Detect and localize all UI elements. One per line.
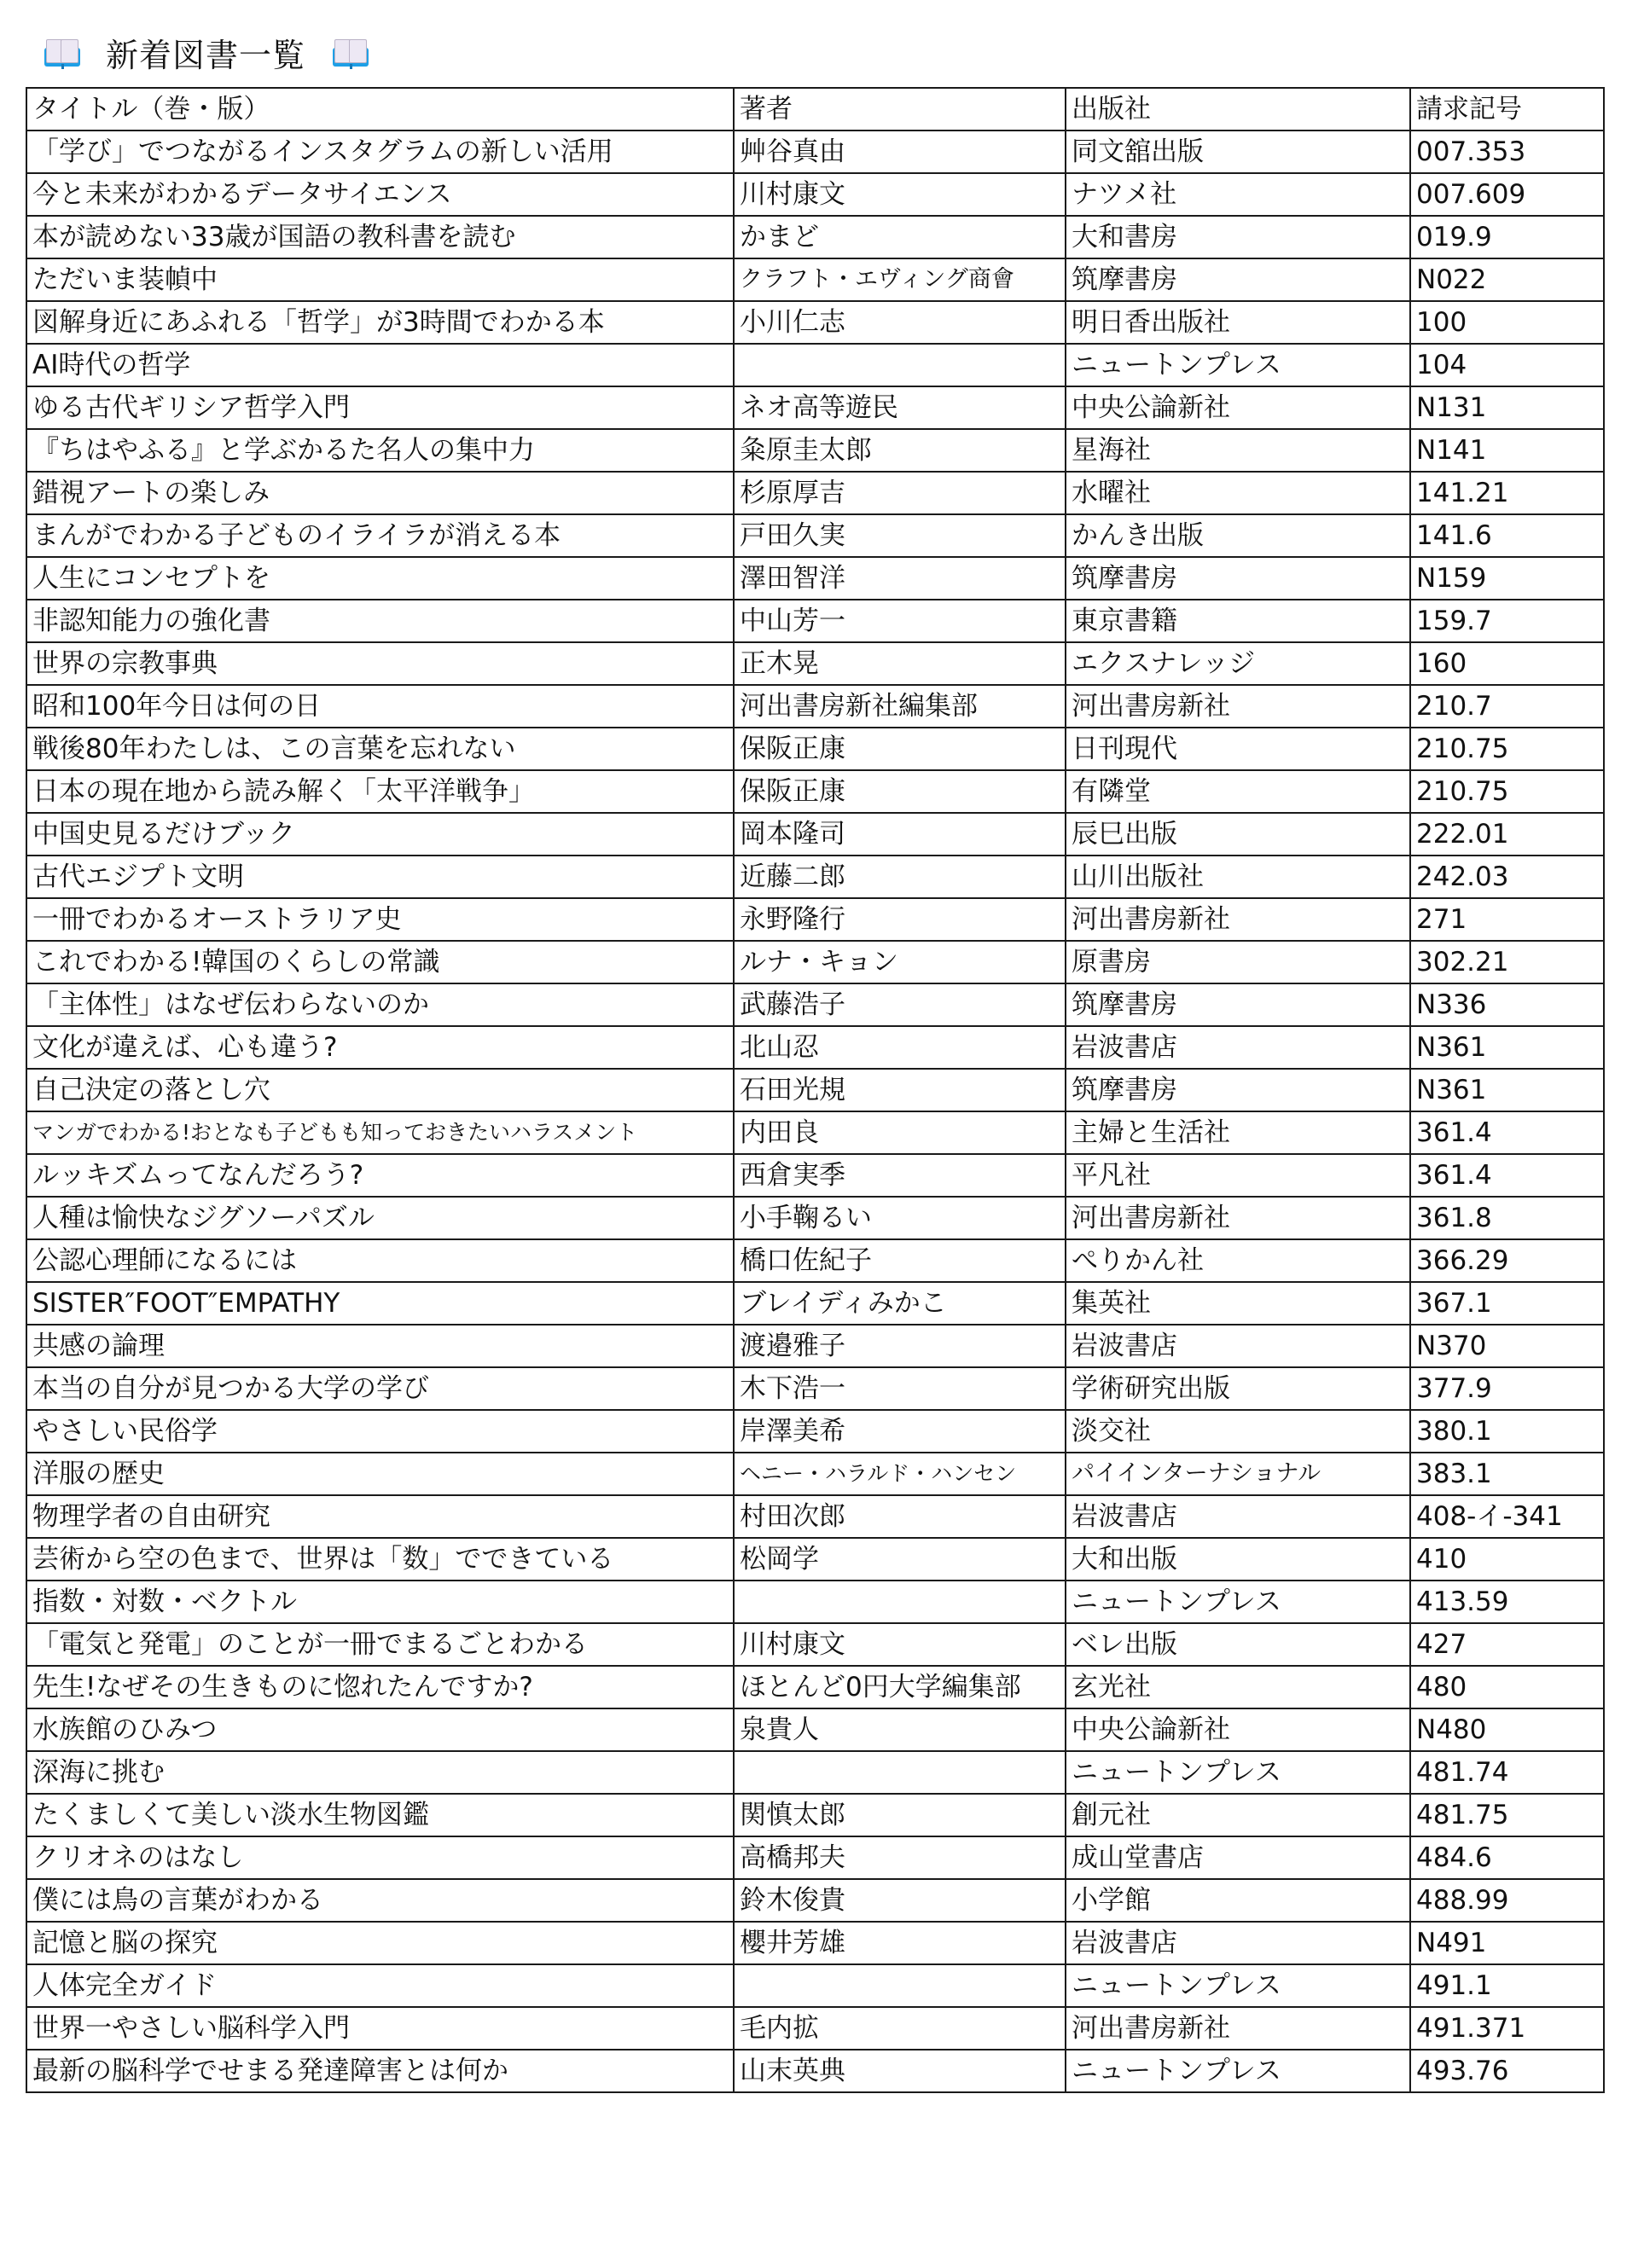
cell-title: 中国史見るだけブック xyxy=(26,813,734,856)
cell-publisher: 星海社 xyxy=(1066,429,1410,472)
table-row: 世界一やさしい脳科学入門毛内拡河出書房新社491.371 xyxy=(26,2007,1604,2050)
cell-title: 『ちはやふる』と学ぶかるた名人の集中力 xyxy=(26,429,734,472)
cell-title: 今と未来がわかるデータサイエンス xyxy=(26,173,734,216)
cell-call-number: 361.4 xyxy=(1410,1111,1604,1154)
cell-author: 山末英典 xyxy=(734,2050,1066,2092)
cell-publisher: 大和書房 xyxy=(1066,216,1410,258)
cell-call-number: N361 xyxy=(1410,1069,1604,1111)
cell-title: マンガでわかる!おとなも子どもも知っておきたいハラスメント xyxy=(26,1111,734,1154)
table-row: 中国史見るだけブック岡本隆司辰巳出版222.01 xyxy=(26,813,1604,856)
cell-publisher: 筑摩書房 xyxy=(1066,983,1410,1026)
table-row: たくましくて美しい淡水生物図鑑関慎太郎創元社481.75 xyxy=(26,1794,1604,1836)
cell-publisher: 筑摩書房 xyxy=(1066,557,1410,600)
cell-title: 指数・対数・ベクトル xyxy=(26,1581,734,1623)
cell-author: 小川仁志 xyxy=(734,301,1066,344)
cell-title: ゆる古代ギリシア哲学入門 xyxy=(26,386,734,429)
cell-author xyxy=(734,1581,1066,1623)
table-row: 古代エジプト文明近藤二郎山川出版社242.03 xyxy=(26,856,1604,898)
table-row: 水族館のひみつ泉貴人中央公論新社N480 xyxy=(26,1708,1604,1751)
cell-call-number: N131 xyxy=(1410,386,1604,429)
new-books-table: タイトル（巻・版） 著者 出版社 請求記号 「学び」でつながるインスタグラムの新… xyxy=(26,87,1605,2093)
table-row: 人生にコンセプトを澤田智洋筑摩書房N159 xyxy=(26,557,1604,600)
cell-author: 石田光規 xyxy=(734,1069,1066,1111)
cell-publisher: 有隣堂 xyxy=(1066,770,1410,813)
column-header-title: タイトル（巻・版） xyxy=(26,88,734,131)
table-row: 昭和100年今日は何の日河出書房新社編集部河出書房新社210.7 xyxy=(26,685,1604,728)
cell-call-number: 019.9 xyxy=(1410,216,1604,258)
cell-call-number: N336 xyxy=(1410,983,1604,1026)
cell-title: 戦後80年わたしは、この言葉を忘れない xyxy=(26,728,734,770)
cell-publisher: ニュートンプレス xyxy=(1066,1581,1410,1623)
cell-author: 橋口佐紀子 xyxy=(734,1239,1066,1282)
table-row: 最新の脳科学でせまる発達障害とは何か山末英典ニュートンプレス493.76 xyxy=(26,2050,1604,2092)
cell-author: 中山芳一 xyxy=(734,600,1066,642)
cell-author: 岡本隆司 xyxy=(734,813,1066,856)
table-body: 「学び」でつながるインスタグラムの新しい活用艸谷真由同文舘出版007.353今と… xyxy=(26,131,1604,2092)
cell-call-number: 380.1 xyxy=(1410,1410,1604,1453)
cell-publisher: 主婦と生活社 xyxy=(1066,1111,1410,1154)
cell-author: 川村康文 xyxy=(734,1623,1066,1666)
cell-author xyxy=(734,344,1066,386)
cell-title: SISTER″FOOT″EMPATHY xyxy=(26,1282,734,1325)
cell-publisher: 成山堂書店 xyxy=(1066,1836,1410,1879)
table-row: 日本の現在地から読み解く「太平洋戦争」保阪正康有隣堂210.75 xyxy=(26,770,1604,813)
cell-title: 共感の論理 xyxy=(26,1325,734,1367)
cell-publisher: 中央公論新社 xyxy=(1066,1708,1410,1751)
cell-call-number: 484.6 xyxy=(1410,1836,1604,1879)
cell-publisher: 明日香出版社 xyxy=(1066,301,1410,344)
table-row: 先生!なぜその生きものに惚れたんですか?ほとんど0円大学編集部玄光社480 xyxy=(26,1666,1604,1708)
cell-title: 非認知能力の強化書 xyxy=(26,600,734,642)
cell-call-number: 222.01 xyxy=(1410,813,1604,856)
cell-author: 保阪正康 xyxy=(734,728,1066,770)
cell-publisher: 中央公論新社 xyxy=(1066,386,1410,429)
cell-call-number: 242.03 xyxy=(1410,856,1604,898)
cell-publisher: かんき出版 xyxy=(1066,514,1410,557)
cell-author: かまど xyxy=(734,216,1066,258)
cell-call-number: 488.99 xyxy=(1410,1879,1604,1922)
cell-author: 泉貴人 xyxy=(734,1708,1066,1751)
table-row: 公認心理師になるには橋口佐紀子ぺりかん社366.29 xyxy=(26,1239,1604,1282)
cell-call-number: N480 xyxy=(1410,1708,1604,1751)
cell-author: 内田良 xyxy=(734,1111,1066,1154)
cell-title: 昭和100年今日は何の日 xyxy=(26,685,734,728)
cell-publisher: エクスナレッジ xyxy=(1066,642,1410,685)
cell-title: 世界一やさしい脳科学入門 xyxy=(26,2007,734,2050)
cell-call-number: 210.7 xyxy=(1410,685,1604,728)
cell-call-number: 410 xyxy=(1410,1538,1604,1581)
cell-author: クラフト・エヴィング商會 xyxy=(734,258,1066,301)
table-row: やさしい民俗学岸澤美希淡交社380.1 xyxy=(26,1410,1604,1453)
cell-publisher: 岩波書店 xyxy=(1066,1922,1410,1964)
cell-publisher: 筑摩書房 xyxy=(1066,1069,1410,1111)
cell-author: ほとんど0円大学編集部 xyxy=(734,1666,1066,1708)
cell-title: 本が読めない33歳が国語の教科書を読む xyxy=(26,216,734,258)
cell-call-number: 480 xyxy=(1410,1666,1604,1708)
cell-publisher: ニュートンプレス xyxy=(1066,344,1410,386)
cell-publisher: 小学館 xyxy=(1066,1879,1410,1922)
cell-call-number: 366.29 xyxy=(1410,1239,1604,1282)
cell-author: 毛内拡 xyxy=(734,2007,1066,2050)
cell-title: 人生にコンセプトを xyxy=(26,557,734,600)
table-row: 今と未来がわかるデータサイエンス川村康文ナツメ社007.609 xyxy=(26,173,1604,216)
cell-author xyxy=(734,1751,1066,1794)
cell-title: 錯視アートの楽しみ xyxy=(26,472,734,514)
column-header-call-number: 請求記号 xyxy=(1410,88,1604,131)
open-book-icon xyxy=(44,38,80,67)
cell-publisher: 岩波書店 xyxy=(1066,1325,1410,1367)
cell-author: ヘニー・ハラルド・ハンセン xyxy=(734,1453,1066,1495)
cell-call-number: 383.1 xyxy=(1410,1453,1604,1495)
cell-publisher: 日刊現代 xyxy=(1066,728,1410,770)
table-row: 「主体性」はなぜ伝わらないのか武藤浩子筑摩書房N336 xyxy=(26,983,1604,1026)
cell-publisher: 岩波書店 xyxy=(1066,1026,1410,1069)
table-row: ゆる古代ギリシア哲学入門ネオ高等遊民中央公論新社N131 xyxy=(26,386,1604,429)
cell-author: 近藤二郎 xyxy=(734,856,1066,898)
cell-title: ただいま装幀中 xyxy=(26,258,734,301)
cell-call-number: 367.1 xyxy=(1410,1282,1604,1325)
cell-author: 西倉実季 xyxy=(734,1154,1066,1197)
cell-title: やさしい民俗学 xyxy=(26,1410,734,1453)
table-row: 『ちはやふる』と学ぶかるた名人の集中力粂原圭太郎星海社N141 xyxy=(26,429,1604,472)
cell-author: 村田次郎 xyxy=(734,1495,1066,1538)
table-row: クリオネのはなし高橋邦夫成山堂書店484.6 xyxy=(26,1836,1604,1879)
cell-publisher: 大和出版 xyxy=(1066,1538,1410,1581)
table-row: 自己決定の落とし穴石田光規筑摩書房N361 xyxy=(26,1069,1604,1111)
cell-author: 艸谷真由 xyxy=(734,131,1066,173)
cell-author: 川村康文 xyxy=(734,173,1066,216)
cell-author: ルナ・キョン xyxy=(734,941,1066,983)
cell-call-number: 302.21 xyxy=(1410,941,1604,983)
cell-title: 一冊でわかるオーストラリア史 xyxy=(26,898,734,941)
cell-author: 岸澤美希 xyxy=(734,1410,1066,1453)
table-header-row: タイトル（巻・版） 著者 出版社 請求記号 xyxy=(26,88,1604,131)
table-row: ただいま装幀中クラフト・エヴィング商會筑摩書房N022 xyxy=(26,258,1604,301)
table-row: 洋服の歴史ヘニー・ハラルド・ハンセンパイインターナショナル383.1 xyxy=(26,1453,1604,1495)
table-row: ルッキズムってなんだろう?西倉実季平凡社361.4 xyxy=(26,1154,1604,1197)
cell-title: 先生!なぜその生きものに惚れたんですか? xyxy=(26,1666,734,1708)
cell-call-number: 141.21 xyxy=(1410,472,1604,514)
cell-title: 人種は愉快なジグソーパズル xyxy=(26,1197,734,1239)
cell-title: 記憶と脳の探究 xyxy=(26,1922,734,1964)
cell-publisher: 筑摩書房 xyxy=(1066,258,1410,301)
cell-author: 松岡学 xyxy=(734,1538,1066,1581)
cell-call-number: 408-イ-341 xyxy=(1410,1495,1604,1538)
cell-publisher: ニュートンプレス xyxy=(1066,1751,1410,1794)
table-row: 「学び」でつながるインスタグラムの新しい活用艸谷真由同文舘出版007.353 xyxy=(26,131,1604,173)
cell-title: 世界の宗教事典 xyxy=(26,642,734,685)
cell-publisher: 河出書房新社 xyxy=(1066,2007,1410,2050)
cell-title: クリオネのはなし xyxy=(26,1836,734,1879)
cell-publisher: 原書房 xyxy=(1066,941,1410,983)
cell-title: 文化が違えば、心も違う? xyxy=(26,1026,734,1069)
cell-author: 戸田久実 xyxy=(734,514,1066,557)
cell-call-number: 100 xyxy=(1410,301,1604,344)
cell-title: 図解身近にあふれる「哲学」が3時間でわかる本 xyxy=(26,301,734,344)
cell-publisher: 河出書房新社 xyxy=(1066,898,1410,941)
cell-publisher: 山川出版社 xyxy=(1066,856,1410,898)
cell-title: 深海に挑む xyxy=(26,1751,734,1794)
cell-author: 正木晃 xyxy=(734,642,1066,685)
cell-call-number: N491 xyxy=(1410,1922,1604,1964)
cell-author: 保阪正康 xyxy=(734,770,1066,813)
cell-title: 公認心理師になるには xyxy=(26,1239,734,1282)
cell-author: 北山忍 xyxy=(734,1026,1066,1069)
cell-author: 関慎太郎 xyxy=(734,1794,1066,1836)
cell-call-number: 160 xyxy=(1410,642,1604,685)
page-title: 新着図書一覧 xyxy=(106,29,305,76)
cell-call-number: N022 xyxy=(1410,258,1604,301)
table-row: まんがでわかる子どものイライラが消える本戸田久実かんき出版141.6 xyxy=(26,514,1604,557)
cell-publisher: 岩波書店 xyxy=(1066,1495,1410,1538)
cell-publisher: 創元社 xyxy=(1066,1794,1410,1836)
table-row: AI時代の哲学ニュートンプレス104 xyxy=(26,344,1604,386)
table-row: 共感の論理渡邉雅子岩波書店N370 xyxy=(26,1325,1604,1367)
table-row: 僕には鳥の言葉がわかる鈴木俊貴小学館488.99 xyxy=(26,1879,1604,1922)
cell-call-number: 361.4 xyxy=(1410,1154,1604,1197)
cell-title: 芸術から空の色まで、世界は「数」でできている xyxy=(26,1538,734,1581)
table-row: 指数・対数・ベクトルニュートンプレス413.59 xyxy=(26,1581,1604,1623)
cell-title: ルッキズムってなんだろう? xyxy=(26,1154,734,1197)
cell-publisher: パイインターナショナル xyxy=(1066,1453,1410,1495)
cell-call-number: 427 xyxy=(1410,1623,1604,1666)
cell-publisher: 平凡社 xyxy=(1066,1154,1410,1197)
column-header-author: 著者 xyxy=(734,88,1066,131)
cell-author: ブレイディみかこ xyxy=(734,1282,1066,1325)
cell-call-number: 271 xyxy=(1410,898,1604,941)
table-row: 戦後80年わたしは、この言葉を忘れない保阪正康日刊現代210.75 xyxy=(26,728,1604,770)
table-row: 人種は愉快なジグソーパズル小手鞠るい河出書房新社361.8 xyxy=(26,1197,1604,1239)
cell-publisher: 河出書房新社 xyxy=(1066,685,1410,728)
cell-title: 最新の脳科学でせまる発達障害とは何か xyxy=(26,2050,734,2092)
cell-author: 木下浩一 xyxy=(734,1367,1066,1410)
table-row: 人体完全ガイドニュートンプレス491.1 xyxy=(26,1964,1604,2007)
cell-publisher: ニュートンプレス xyxy=(1066,1964,1410,2007)
cell-title: 「学び」でつながるインスタグラムの新しい活用 xyxy=(26,131,734,173)
table-row: 錯視アートの楽しみ杉原厚吉水曜社141.21 xyxy=(26,472,1604,514)
cell-call-number: 493.76 xyxy=(1410,2050,1604,2092)
cell-call-number: 491.1 xyxy=(1410,1964,1604,2007)
cell-call-number: N141 xyxy=(1410,429,1604,472)
cell-call-number: 007.609 xyxy=(1410,173,1604,216)
open-book-icon xyxy=(333,38,369,67)
cell-publisher: ナツメ社 xyxy=(1066,173,1410,216)
cell-author: 高橋邦夫 xyxy=(734,1836,1066,1879)
cell-author: 櫻井芳雄 xyxy=(734,1922,1066,1964)
cell-author: 杉原厚吉 xyxy=(734,472,1066,514)
cell-author: 河出書房新社編集部 xyxy=(734,685,1066,728)
cell-call-number: 210.75 xyxy=(1410,770,1604,813)
cell-author xyxy=(734,1964,1066,2007)
cell-title: 自己決定の落とし穴 xyxy=(26,1069,734,1111)
table-row: SISTER″FOOT″EMPATHYブレイディみかこ集英社367.1 xyxy=(26,1282,1604,1325)
cell-title: 「電気と発電」のことが一冊でまるごとわかる xyxy=(26,1623,734,1666)
table-row: 一冊でわかるオーストラリア史永野隆行河出書房新社271 xyxy=(26,898,1604,941)
cell-call-number: 481.74 xyxy=(1410,1751,1604,1794)
cell-title: 人体完全ガイド xyxy=(26,1964,734,2007)
cell-author: 鈴木俊貴 xyxy=(734,1879,1066,1922)
cell-call-number: 491.371 xyxy=(1410,2007,1604,2050)
cell-publisher: 水曜社 xyxy=(1066,472,1410,514)
cell-call-number: 210.75 xyxy=(1410,728,1604,770)
cell-title: たくましくて美しい淡水生物図鑑 xyxy=(26,1794,734,1836)
cell-call-number: 413.59 xyxy=(1410,1581,1604,1623)
cell-title: 僕には鳥の言葉がわかる xyxy=(26,1879,734,1922)
cell-author: 渡邉雅子 xyxy=(734,1325,1066,1367)
table-row: 非認知能力の強化書中山芳一東京書籍159.7 xyxy=(26,600,1604,642)
cell-call-number: N370 xyxy=(1410,1325,1604,1367)
cell-author: 澤田智洋 xyxy=(734,557,1066,600)
table-row: 本が読めない33歳が国語の教科書を読むかまど大和書房019.9 xyxy=(26,216,1604,258)
cell-call-number: 104 xyxy=(1410,344,1604,386)
cell-title: 物理学者の自由研究 xyxy=(26,1495,734,1538)
cell-publisher: 東京書籍 xyxy=(1066,600,1410,642)
cell-title: 日本の現在地から読み解く「太平洋戦争」 xyxy=(26,770,734,813)
cell-author: ネオ高等遊民 xyxy=(734,386,1066,429)
table-row: 世界の宗教事典正木晃エクスナレッジ160 xyxy=(26,642,1604,685)
cell-call-number: N159 xyxy=(1410,557,1604,600)
cell-author: 小手鞠るい xyxy=(734,1197,1066,1239)
table-row: 深海に挑むニュートンプレス481.74 xyxy=(26,1751,1604,1794)
cell-title: 本当の自分が見つかる大学の学び xyxy=(26,1367,734,1410)
table-row: 図解身近にあふれる「哲学」が3時間でわかる本小川仁志明日香出版社100 xyxy=(26,301,1604,344)
cell-publisher: ベレ出版 xyxy=(1066,1623,1410,1666)
table-row: 「電気と発電」のことが一冊でまるごとわかる川村康文ベレ出版427 xyxy=(26,1623,1604,1666)
cell-title: 「主体性」はなぜ伝わらないのか xyxy=(26,983,734,1026)
cell-call-number: 007.353 xyxy=(1410,131,1604,173)
cell-publisher: 学術研究出版 xyxy=(1066,1367,1410,1410)
table-row: これでわかる!韓国のくらしの常識ルナ・キョン原書房302.21 xyxy=(26,941,1604,983)
cell-publisher: 河出書房新社 xyxy=(1066,1197,1410,1239)
cell-title: 水族館のひみつ xyxy=(26,1708,734,1751)
table-row: 本当の自分が見つかる大学の学び木下浩一学術研究出版377.9 xyxy=(26,1367,1604,1410)
cell-author: 粂原圭太郎 xyxy=(734,429,1066,472)
cell-call-number: 361.8 xyxy=(1410,1197,1604,1239)
table-row: 物理学者の自由研究村田次郎岩波書店408-イ-341 xyxy=(26,1495,1604,1538)
cell-call-number: 159.7 xyxy=(1410,600,1604,642)
cell-publisher: 集英社 xyxy=(1066,1282,1410,1325)
cell-title: 洋服の歴史 xyxy=(26,1453,734,1495)
cell-title: AI時代の哲学 xyxy=(26,344,734,386)
table-row: マンガでわかる!おとなも子どもも知っておきたいハラスメント内田良主婦と生活社36… xyxy=(26,1111,1604,1154)
column-header-publisher: 出版社 xyxy=(1066,88,1410,131)
cell-publisher: ぺりかん社 xyxy=(1066,1239,1410,1282)
cell-publisher: 玄光社 xyxy=(1066,1666,1410,1708)
cell-title: まんがでわかる子どものイライラが消える本 xyxy=(26,514,734,557)
table-row: 記憶と脳の探究櫻井芳雄岩波書店N491 xyxy=(26,1922,1604,1964)
cell-title: これでわかる!韓国のくらしの常識 xyxy=(26,941,734,983)
cell-publisher: 同文舘出版 xyxy=(1066,131,1410,173)
cell-title: 古代エジプト文明 xyxy=(26,856,734,898)
cell-publisher: ニュートンプレス xyxy=(1066,2050,1410,2092)
cell-call-number: N361 xyxy=(1410,1026,1604,1069)
cell-publisher: 辰巳出版 xyxy=(1066,813,1410,856)
page-title-bar: 新着図書一覧 xyxy=(44,31,369,73)
cell-publisher: 淡交社 xyxy=(1066,1410,1410,1453)
table-row: 芸術から空の色まで、世界は「数」でできている松岡学大和出版410 xyxy=(26,1538,1604,1581)
cell-call-number: 481.75 xyxy=(1410,1794,1604,1836)
cell-author: 永野隆行 xyxy=(734,898,1066,941)
cell-call-number: 141.6 xyxy=(1410,514,1604,557)
cell-call-number: 377.9 xyxy=(1410,1367,1604,1410)
table-row: 文化が違えば、心も違う?北山忍岩波書店N361 xyxy=(26,1026,1604,1069)
cell-author: 武藤浩子 xyxy=(734,983,1066,1026)
